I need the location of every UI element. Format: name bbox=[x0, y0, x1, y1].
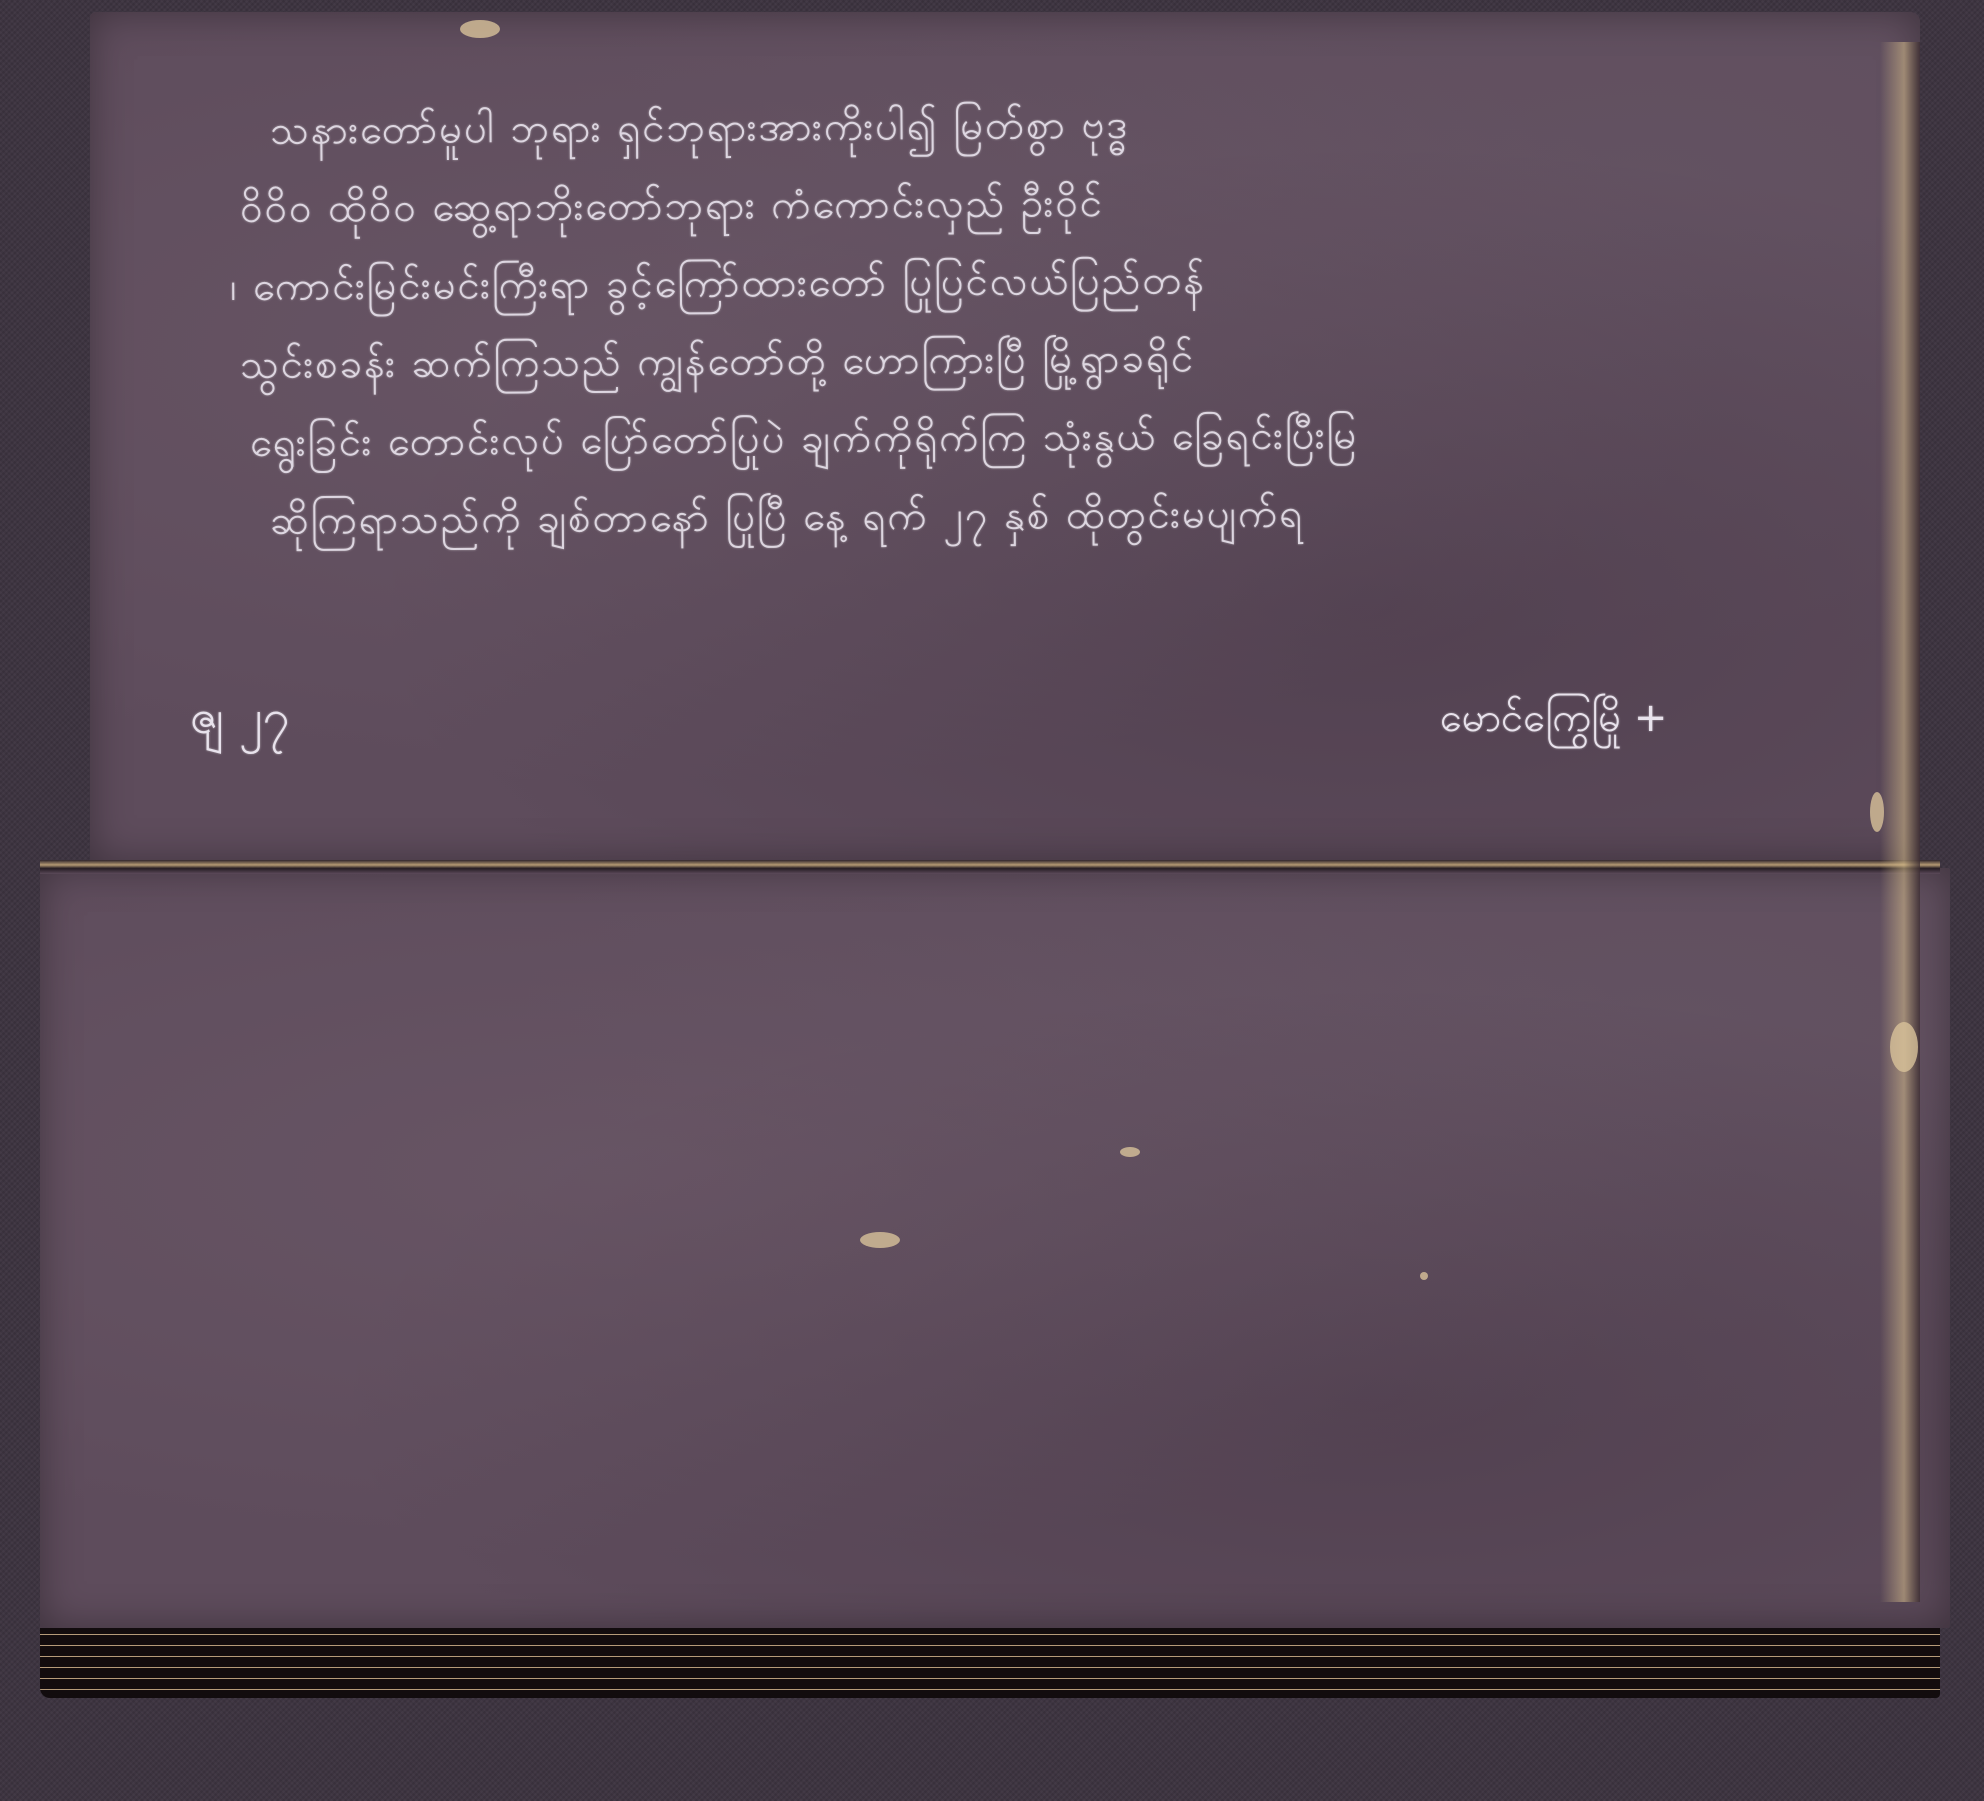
worn-right-edge bbox=[1880, 42, 1920, 1602]
text-line: သနားတော်မူပါ ဘုရား ရှင်ဘုရားအားကိုးပါ၍ မ… bbox=[230, 81, 1871, 170]
bottom-leaf bbox=[40, 868, 1950, 1628]
date-mark: ၛ ၂၇ bbox=[190, 687, 290, 757]
text-line: ရွေးခြင်း တောင်းလုပ် ပြော်တော်ပြုပဲ ချက်… bbox=[230, 393, 1871, 482]
folded-page-stack bbox=[40, 1628, 1940, 1698]
text-line: ၊ ကောင်းမြင်းမင်းကြီးရာ ခွင့်ကြော်ထားတော… bbox=[230, 237, 1871, 326]
signature: မောင်ကြွေမြို + bbox=[1440, 692, 1667, 751]
fold-crease bbox=[40, 860, 1940, 874]
parabaik-manuscript: သနားတော်မူပါ ဘုရား ရှင်ဘုရားအားကိုးပါ၍ မ… bbox=[40, 12, 1940, 1801]
manuscript-text: သနားတော်မူပါ ဘုရား ရှင်ဘုရားအားကိုးပါ၍ မ… bbox=[230, 92, 1870, 560]
text-line: ဝိဝိဝ ထိုဝိဝ ဆွေ့ရာဘိုးတော်ဘုရား ကံကောင်… bbox=[230, 159, 1871, 248]
text-line: ဆိုကြရာသည်ကို ချစ်တာနော် ပြုပြီ နေ့ ရက် … bbox=[230, 471, 1871, 560]
text-line: သွင်းစခန်း ဆက်ကြသည် ကျွန်တော်တို့ ဟောကြာ… bbox=[230, 315, 1871, 404]
